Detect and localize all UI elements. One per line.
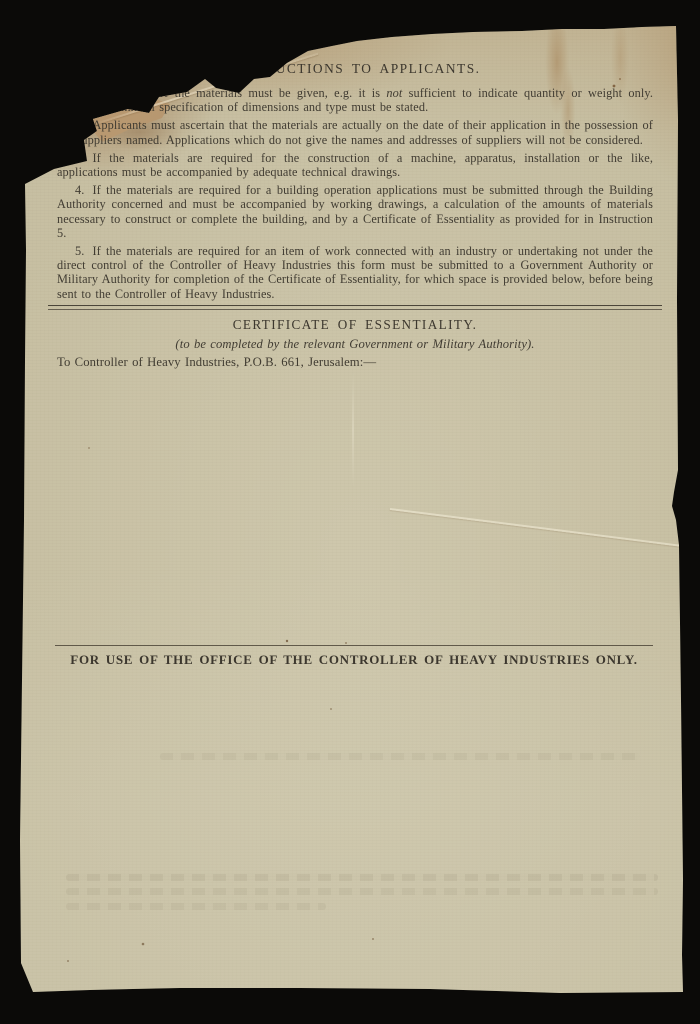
section-divider (48, 305, 662, 310)
crease-mark-right (390, 508, 682, 546)
instruction-number: 4. (75, 183, 92, 197)
foxing-specks (0, 0, 2, 2)
instruction-text: Applicants must ascertain that the mater… (57, 118, 653, 146)
instruction-item-2: 2.Applicants must ascertain that the mat… (57, 118, 653, 146)
instruction-item-4: 4.If the materials are required for a bu… (57, 183, 653, 240)
emphasis-word: not (386, 86, 402, 100)
instruction-text: If the materials are required for an ite… (57, 244, 653, 301)
office-use-divider (55, 645, 653, 646)
instruction-number: 2. (75, 118, 92, 132)
instruction-text: If the materials are required for the co… (57, 151, 653, 179)
crease-mark-vertical (352, 372, 354, 487)
certificate-subtitle: (to be completed by the relevant Governm… (175, 337, 534, 351)
instruction-number: 3. (75, 151, 92, 165)
certificate-subtitle-line: (to be completed by the relevant Governm… (57, 337, 653, 351)
instructions-title: INSTRUCTIONS TO APPLICANTS. (57, 60, 653, 77)
instruction-number: 5. (75, 244, 92, 258)
certificate-addressee: To Controller of Heavy Industries, P.O.B… (57, 355, 653, 369)
show-through-text (160, 753, 640, 760)
show-through-text (66, 903, 326, 910)
instruction-item-1: 1.Full details of the materials must be … (57, 86, 653, 114)
document-scan: INSTRUCTIONS TO APPLICANTS. 1.Full detai… (0, 0, 700, 1024)
paper-sheet: INSTRUCTIONS TO APPLICANTS. 1.Full detai… (0, 0, 700, 1024)
instruction-item-3: 3.If the materials are required for the … (57, 151, 653, 179)
instruction-item-5: 5.If the materials are required for an i… (57, 244, 653, 301)
printed-content: INSTRUCTIONS TO APPLICANTS. 1.Full detai… (57, 60, 653, 369)
office-use-title: FOR USE OF THE OFFICE OF THE CONTROLLER … (55, 652, 653, 668)
instruction-text: If the materials are required for a buil… (57, 183, 653, 240)
certificate-title: CERTIFICATE OF ESSENTIALITY. (57, 317, 653, 333)
show-through-text (66, 888, 658, 895)
show-through-text (66, 874, 658, 881)
office-use-section: FOR USE OF THE OFFICE OF THE CONTROLLER … (55, 645, 653, 668)
instruction-text-segment: Full details of the materials must be gi… (92, 86, 386, 100)
instruction-number: 1. (75, 86, 92, 100)
